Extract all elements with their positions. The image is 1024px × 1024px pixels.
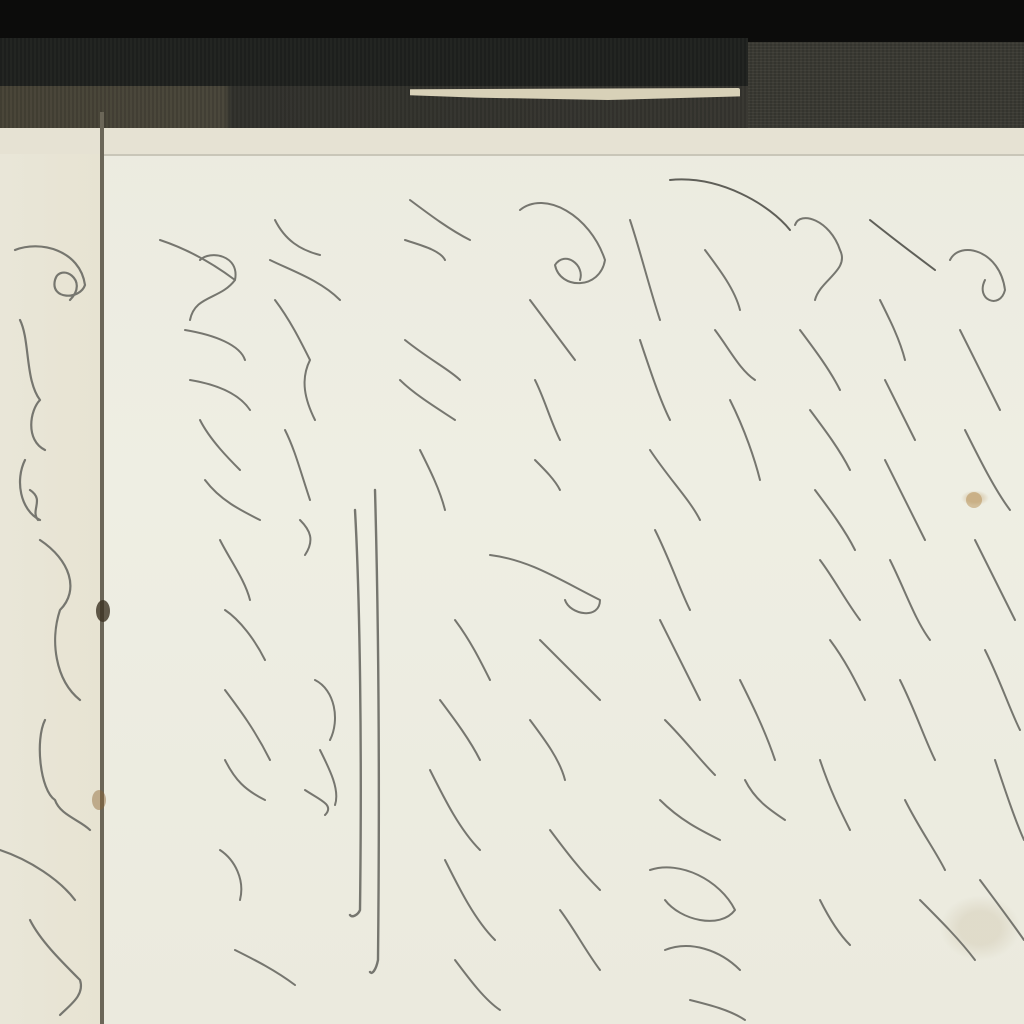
handwriting-strokes [0, 0, 1024, 1024]
